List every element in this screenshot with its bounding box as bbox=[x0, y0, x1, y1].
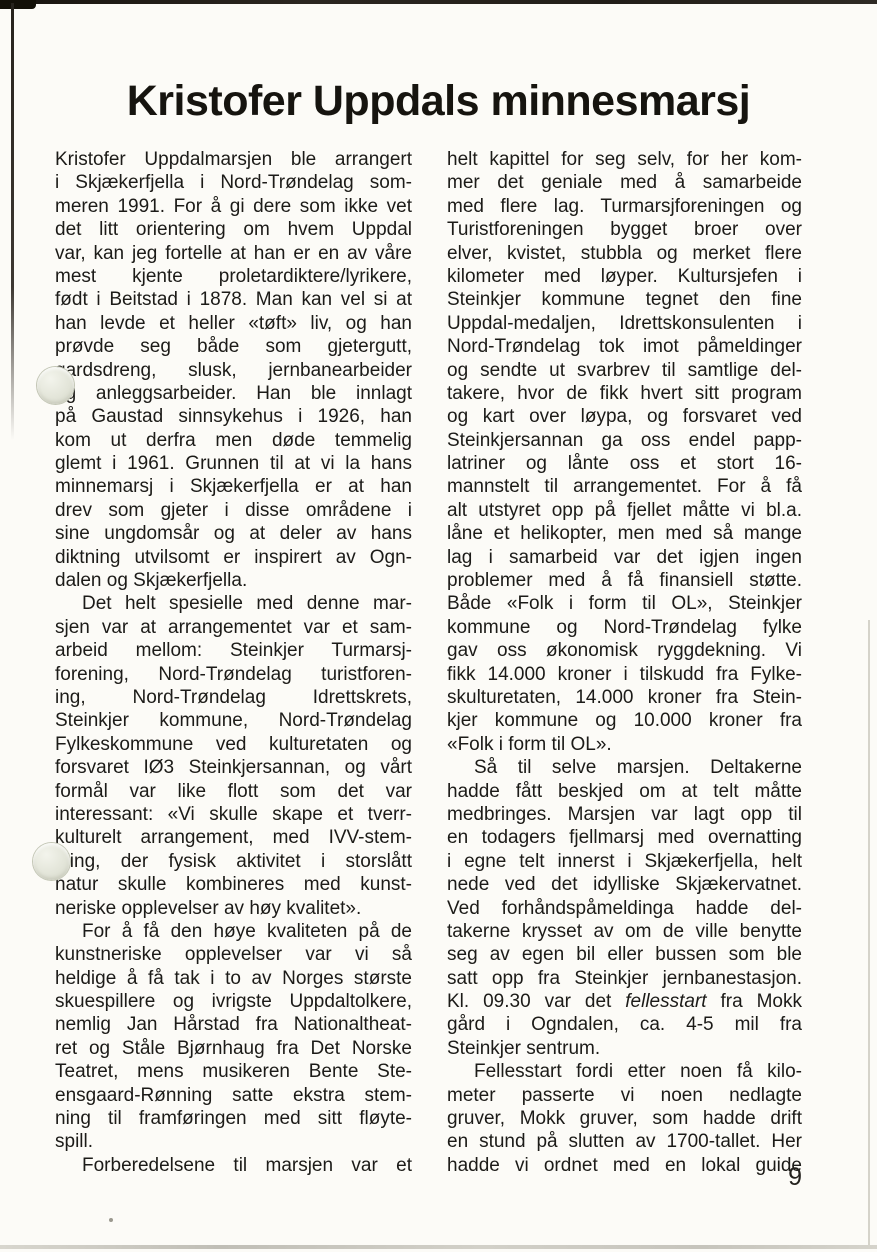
text-line: forening, Nord-Trøndelag turistforen- bbox=[55, 663, 412, 686]
text-line: ning til framføringen med sitt fløyte- bbox=[55, 1107, 412, 1130]
text-line: forsvaret IØ3 Steinkjersannan, og vårt bbox=[55, 756, 412, 779]
text-line: sine ungdomsår og at deler av hans bbox=[55, 522, 412, 545]
text-line: fikk 14.000 kroner i tilskudd fra Fylke- bbox=[447, 663, 802, 686]
text-line: For å få den høye kvaliteten på de bbox=[55, 920, 412, 943]
scan-edge-left bbox=[11, 3, 14, 440]
text-line: ensgaard-Rønning satte ekstra stem- bbox=[55, 1084, 412, 1107]
text-line: og anleggsarbeider. Han ble innlagt bbox=[55, 382, 412, 405]
text-line: gardsdreng, slusk, jernbanearbeider bbox=[55, 359, 412, 382]
text-line: elver, kvistet, stubbla og merket flere bbox=[447, 242, 802, 265]
text-line: ing, Nord-Trøndelag Idrettskrets, bbox=[55, 686, 412, 709]
text-line: dalen og Skjækerfjella. bbox=[55, 569, 412, 592]
text-line: latriner og lånte oss et stort 16- bbox=[447, 452, 802, 475]
text-line: Det helt spesielle med denne mar- bbox=[55, 592, 412, 615]
text-line: takerne krysset av om de ville benytte bbox=[447, 920, 802, 943]
page-number: 9 bbox=[447, 1163, 802, 1192]
text-line: hadde fått beskjed om at telt måtte bbox=[447, 780, 802, 803]
text-line: mest kjente proletardiktere/lyrikere, bbox=[55, 265, 412, 288]
text-line: alt utstyret opp på fjellet måtte vi bl.… bbox=[447, 499, 802, 522]
text-line: Kristofer Uppdalmarsjen ble arrangert bbox=[55, 148, 412, 171]
text-line: en todagers fjellmarsj med overnatting bbox=[447, 826, 802, 849]
text-line: formål var like flott som det var bbox=[55, 780, 412, 803]
text-line: lag i samarbeid var det igjen ingen bbox=[447, 546, 802, 569]
text-line: helt kapittel for seg selv, for her kom- bbox=[447, 148, 802, 171]
text-line: Steinkjer sentrum. bbox=[447, 1037, 802, 1060]
text-line: neriske opplevelser av høy kvalitet». bbox=[55, 897, 412, 920]
text-line: drev som gjeter i disse områdene i bbox=[55, 499, 412, 522]
scan-edge-bottom bbox=[0, 1245, 877, 1249]
text-line: natur skulle kombineres med kunst- bbox=[55, 873, 412, 896]
text-line: på Gaustad sinnsykehus i 1926, han bbox=[55, 405, 412, 428]
scanned-page: Kristofer Uppdals minnesmarsj Kristofer … bbox=[0, 0, 877, 1252]
text-line: kom ut derfra men døde temmelig bbox=[55, 429, 412, 452]
text-line: Ved forhåndspåmeldinga hadde del- bbox=[447, 897, 802, 920]
scan-edge-right bbox=[868, 620, 870, 1248]
text-line: kilometer med løyper. Kultursjefen i bbox=[447, 265, 802, 288]
scan-edge-top-corner bbox=[0, 0, 36, 9]
text-line: var, kan jeg fortelle at han er en av vå… bbox=[55, 242, 412, 265]
text-line: Fylkeskommune ved kulturetaten og bbox=[55, 733, 412, 756]
text-line: Teatret, mens musikeren Bente Ste- bbox=[55, 1060, 412, 1083]
text-line: skulturetaten, 14.000 kroner fra Stein- bbox=[447, 686, 802, 709]
text-line: gav oss økonomisk ryggdekning. Vi bbox=[447, 639, 802, 662]
scan-edge-top bbox=[0, 0, 877, 4]
text-line: takere, hvor de fikk hvert sitt program bbox=[447, 382, 802, 405]
text-line: arbeid mellom: Steinkjer Turmarsj- bbox=[55, 639, 412, 662]
article-column-right: helt kapittel for seg selv, for her kom-… bbox=[447, 148, 802, 1177]
text-line: Uppdal-medaljen, Idrettskonsulenten i bbox=[447, 312, 802, 335]
hole-punch-bottom bbox=[33, 843, 70, 880]
text-line: ret og Ståle Bjørnhaug fra Det Norske bbox=[55, 1037, 412, 1060]
article-title: Kristofer Uppdals minnesmarsj bbox=[0, 77, 877, 126]
text-line: minnemarsj i Skjækerfjella er at han bbox=[55, 475, 412, 498]
text-line: pling, der fysisk aktivitet i storslått bbox=[55, 850, 412, 873]
text-line: «Folk i form til OL». bbox=[447, 733, 802, 756]
text-line: det litt orientering om hvem Uppdal bbox=[55, 218, 412, 241]
text-line: Steinkjer kommune tegnet den fine bbox=[447, 288, 802, 311]
text-line: Både «Folk i form til OL», Steinkjer bbox=[447, 592, 802, 615]
text-line: satt opp fra Steinkjer jernbanestasjon. bbox=[447, 967, 802, 990]
text-line: nemlig Jan Hårstad fra Nationaltheat- bbox=[55, 1013, 412, 1036]
text-line: nede ved det idylliske Skjækervatnet. bbox=[447, 873, 802, 896]
text-line: kjer kommune og 10.000 kroner fra bbox=[447, 709, 802, 732]
text-line: glemt i 1961. Grunnen til at vi la hans bbox=[55, 452, 412, 475]
text-line: Turistforeningen bygget broer over bbox=[447, 218, 802, 241]
text-line: Nord-Trøndelag tok imot påmeldinger bbox=[447, 335, 802, 358]
text-line: med flere lag. Turmarsjforeningen og bbox=[447, 195, 802, 218]
text-line: kunstneriske opplevelser var vi så bbox=[55, 943, 412, 966]
text-line: han levde et heller «tøft» liv, og han bbox=[55, 312, 412, 335]
text-line: i egne telt innerst i Skjækerfjella, hel… bbox=[447, 850, 802, 873]
text-line: låne et helikopter, men med så mange bbox=[447, 522, 802, 545]
text-line: prøvde seg både som gjetergutt, bbox=[55, 335, 412, 358]
text-line: sjen var at arrangementet var et sam- bbox=[55, 616, 412, 639]
text-line: diktning utvilsomt er inspirert av Ogn- bbox=[55, 546, 412, 569]
text-line: og kart over løypa, og forsvaret ved bbox=[447, 405, 802, 428]
text-line: spill. bbox=[55, 1130, 412, 1153]
text-line: født i Beitstad i 1878. Man kan vel si a… bbox=[55, 288, 412, 311]
text-line: Kl. 09.30 var det fellesstart fra Mokk bbox=[447, 990, 802, 1013]
article-column-left: Kristofer Uppdalmarsjen ble arrangerti S… bbox=[55, 148, 412, 1177]
text-line: kommune og Nord-Trøndelag fylke bbox=[447, 616, 802, 639]
hole-punch-top bbox=[37, 367, 74, 404]
text-line: skuespillere og ivrigste Uppdaltolkere, bbox=[55, 990, 412, 1013]
text-line: gård i Ogndalen, ca. 4-5 mil fra bbox=[447, 1013, 802, 1036]
text-line: Så til selve marsjen. Deltakerne bbox=[447, 756, 802, 779]
text-line: interessant: «Vi skulle skape et tverr- bbox=[55, 803, 412, 826]
text-line: gruver, Mokk gruver, som hadde drift bbox=[447, 1107, 802, 1130]
text-line: i Skjækerfjella i Nord-Trøndelag som- bbox=[55, 171, 412, 194]
text-line: mannstelt til arrangementet. For å få bbox=[447, 475, 802, 498]
text-line: Forberedelsene til marsjen var et bbox=[55, 1154, 412, 1177]
text-line: seg av egen bil eller bussen som ble bbox=[447, 943, 802, 966]
text-line: meter passerte vi noen nedlagte bbox=[447, 1084, 802, 1107]
text-line: Steinkjersannan ga oss endel papp- bbox=[447, 429, 802, 452]
scan-speck bbox=[109, 1218, 113, 1222]
text-line: en stund på slutten av 1700-tallet. Her bbox=[447, 1130, 802, 1153]
text-line: medbringes. Marsjen var lagt opp til bbox=[447, 803, 802, 826]
text-line: heldige å få tak i to av Norges største bbox=[55, 967, 412, 990]
text-line: Fellesstart fordi etter noen få kilo- bbox=[447, 1060, 802, 1083]
text-line: Steinkjer kommune, Nord-Trøndelag bbox=[55, 709, 412, 732]
text-line: mer det geniale med å samarbeide bbox=[447, 171, 802, 194]
text-line: problemer med å få finansiell støtte. bbox=[447, 569, 802, 592]
text-line: og sendte ut svarbrev til samtlige del- bbox=[447, 359, 802, 382]
text-line: meren 1991. For å gi dere som ikke vet bbox=[55, 195, 412, 218]
text-line: kulturelt arrangement, med IVV-stem- bbox=[55, 826, 412, 849]
